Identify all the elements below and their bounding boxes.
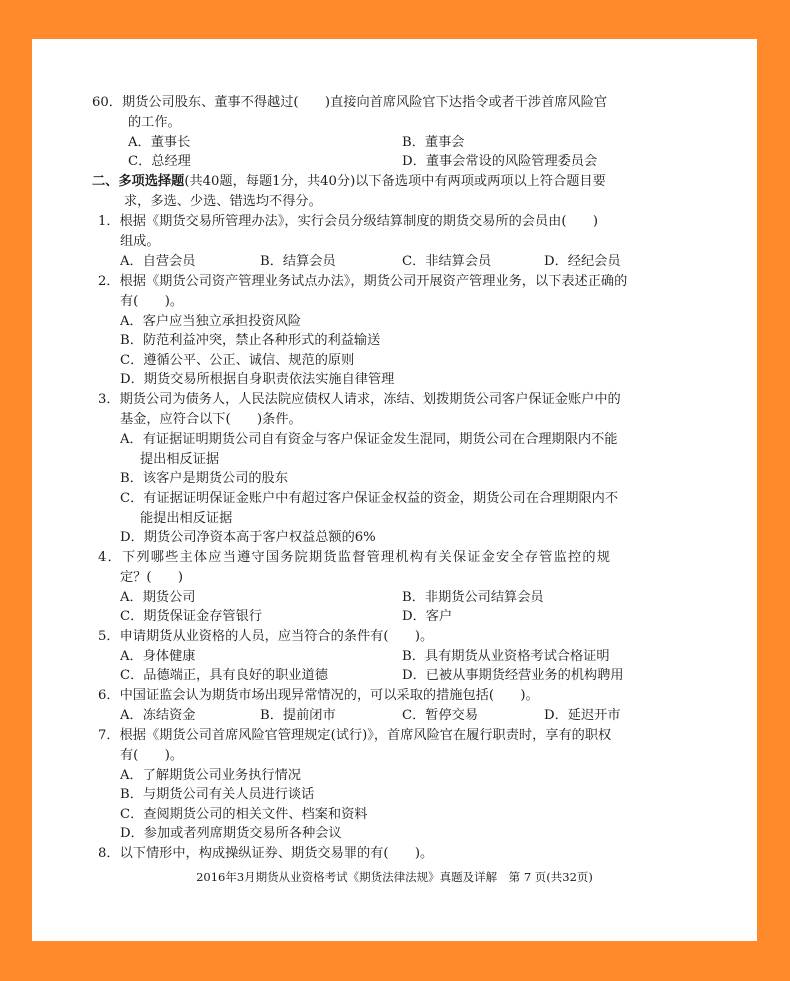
- q3-stem-line2: 基金，应符合以下( )条件。: [120, 410, 302, 430]
- q4-stem-line1: 4．下列哪些主体应当遵守国务院期货监督管理机构有关保证金安全存管监控的规: [98, 548, 611, 568]
- q60-option-d: D．董事会常设的风险管理委员会: [402, 152, 597, 172]
- q2-option-c: C．遵循公平、公正、诚信、规范的原则: [120, 351, 354, 371]
- q3-option-a-line2: 提出相反证据: [140, 450, 219, 470]
- section-description: (共40题，每题1分，共40分)以下备选项中有两项或两项以上符合题目要: [184, 174, 606, 189]
- q60-option-c: C．总经理: [128, 152, 191, 172]
- q2-option-d: D．期货交易所根据自身职责依法实施自律管理: [120, 370, 394, 390]
- q7-option-a: A．了解期货公司业务执行情况: [120, 766, 301, 786]
- q4-option-d: D．客户: [402, 607, 452, 627]
- q6-option-c: C．暂停交易: [402, 706, 478, 726]
- q5-option-b: B．具有期货从业资格考试合格证明: [402, 647, 610, 667]
- q60-option-a: A．董事长: [128, 133, 190, 153]
- q7-option-c: C．查阅期货公司的相关文件、档案和资料: [120, 805, 367, 825]
- section-heading: 二、多项选择题(共40题，每题1分，共40分)以下备选项中有两项或两项以上符合题…: [92, 172, 606, 192]
- q7-option-d: D．参加或者列席期货交易所各种会议: [120, 824, 342, 844]
- page-footer: 2016年3月期货从业资格考试《期货法律法规》真题及详解 第 7 页(共32页): [32, 869, 757, 885]
- q1-option-b: B．结算会员: [260, 252, 336, 272]
- q1-option-c: C．非结算会员: [402, 252, 491, 272]
- q3-option-c-line2: 能提出相反证据: [140, 509, 232, 529]
- q4-option-c: C．期货保证金存管银行: [120, 607, 262, 627]
- q6-option-b: B．提前闭市: [260, 706, 336, 726]
- q3-option-b: B．该客户是期货公司的股东: [120, 469, 288, 489]
- q5-option-a: A．身体健康: [120, 647, 195, 667]
- q5-stem-line1: 5．申请期货从业资格的人员，应当符合的条件有( )。: [98, 627, 433, 647]
- q6-option-a: A．冻结资金: [120, 706, 195, 726]
- q1-stem-line1: 1．根据《期货交易所管理办法》，实行会员分级结算制度的期货交易所的会员由( ): [98, 212, 598, 232]
- q5-option-c: C．品德端正，具有良好的职业道德: [120, 666, 328, 686]
- q7-option-b: B．与期货公司有关人员进行谈话: [120, 785, 314, 805]
- q1-option-d: D．经纪会员: [544, 252, 621, 272]
- q6-stem-line1: 6．中国证监会认为期货市场出现异常情况的，可以采取的措施包括( )。: [98, 686, 539, 706]
- q6-option-d: D．延迟开市: [544, 706, 621, 726]
- q3-option-d: D．期货公司净资本高于客户权益总额的6%: [120, 528, 376, 548]
- q2-stem-line1: 2．根据《期货公司资产管理业务试点办法》，期货公司开展资产管理业务，以下表述正确…: [98, 272, 627, 292]
- q60-option-b: B．董事会: [402, 133, 464, 153]
- q2-option-a: A．客户应当独立承担投资风险: [120, 312, 301, 332]
- section-title: 二、多项选择题: [92, 174, 184, 189]
- q60-stem-line1: 60．期货公司股东、董事不得越过( )直接向首席风险官下达指令或者干涉首席风险官: [92, 93, 607, 113]
- section-description-line2: 求，多选、少选、错选均不得分。: [124, 192, 322, 212]
- q4-option-a: A．期货公司: [120, 588, 195, 608]
- q4-option-b: B．非期货公司结算会员: [402, 588, 544, 608]
- q1-stem-line2: 组成。: [120, 232, 160, 252]
- q2-stem-line2: 有( )。: [120, 292, 183, 312]
- q4-stem-line2: 定？( ): [120, 568, 183, 588]
- document-page: 60．期货公司股东、董事不得越过( )直接向首席风险官下达指令或者干涉首席风险官…: [32, 39, 757, 941]
- q3-option-c-line1: C．有证据证明保证金账户中有超过客户保证金权益的资金，期货公司在合理期限内不: [120, 489, 618, 509]
- q5-option-d: D．已被从事期货经营业务的机构聘用: [402, 666, 624, 686]
- q3-option-a-line1: A．有证据证明期货公司自有资金与客户保证金发生混同，期货公司在合理期限内不能: [120, 430, 617, 450]
- q1-option-a: A．自营会员: [120, 252, 195, 272]
- q7-stem-line1: 7．根据《期货公司首席风险官管理规定(试行)》，首席风险官在履行职责时，享有的职…: [98, 726, 611, 746]
- q2-option-b: B．防范利益冲突，禁止各种形式的利益输送: [120, 331, 380, 351]
- q8-stem-line1: 8．以下情形中，构成操纵证券、期货交易罪的有( )。: [98, 844, 433, 864]
- q7-stem-line2: 有( )。: [120, 746, 183, 766]
- q3-stem-line1: 3．期货公司为债务人，人民法院应债权人请求，冻结、划拨期货公司客户保证金账户中的: [98, 390, 621, 410]
- q60-stem-line2: 的工作。: [128, 113, 181, 133]
